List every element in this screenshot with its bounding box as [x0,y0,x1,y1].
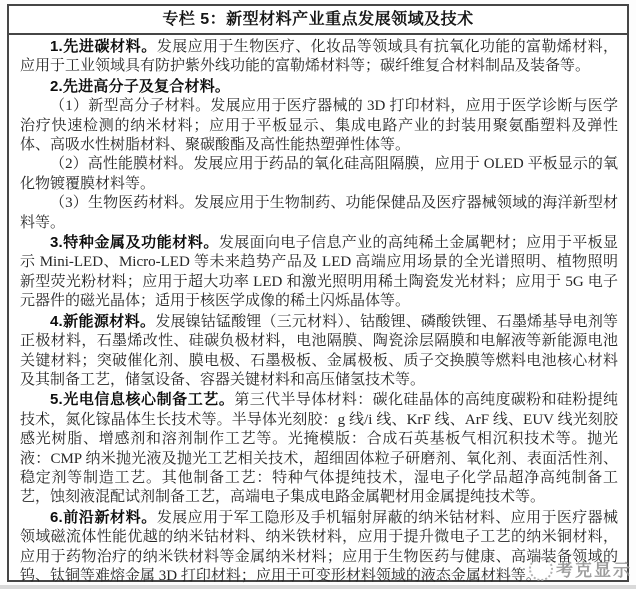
section-polymer-composite-heading: 2.先进高分子及复合材料。 [20,77,618,97]
section-6-heading: 6.前沿新材料。 [50,509,157,526]
section-5-text: 第三代半导体材料：碳化硅晶体的高纯度碳粉和硅粉提纯技术，氮化镓晶体生长技术等。半… [20,392,618,505]
section-special-metals: 3.特种金属及功能材料。发展面向电子信息产业的高纯稀土金属靶材；应用于平板显示 … [20,233,618,312]
subsection-2-2-label: （2）高性能膜材料。 [50,156,193,172]
section-4-heading: 4.新能源材料。 [50,313,155,330]
subsection-2-1-label: （1）新型高分子材料。 [50,98,210,114]
bottom-edge-strip [0,585,636,589]
subsection-biomedical-material: （3）生物医药材料。发展应用于生物制药、功能保健品及医疗器械领域的海洋新型材料等… [20,194,618,233]
section-new-energy-materials: 4.新能源材料。发展镍钴锰酸锂（三元材料）、钴酸锂、磷酸铁锂、石墨烯基导电剂等正… [20,312,618,391]
section-5-heading: 5.光电信息核心制备工艺。 [50,391,234,408]
section-3-heading: 3.特种金属及功能材料。 [50,234,219,251]
column-box: 专栏 5：新型材料产业重点发展领域及技术 1.先进碳材料。发展应用于生物医疗、化… [7,4,629,582]
subsection-high-performance-film: （2）高性能膜材料。发展应用于药品的氧化硅高阻隔膜，应用于 OLED 平板显示的… [20,155,618,194]
document-page: 专栏 5：新型材料产业重点发展领域及技术 1.先进碳材料。发展应用于生物医疗、化… [0,0,636,589]
section-2-heading: 2.先进高分子及复合材料。 [50,78,230,95]
subsection-new-polymer: （1）新型高分子材料。发展应用于医疗器械的 3D 打印材料，应用于医学诊断与医学… [20,97,618,155]
subsection-2-3-label: （3）生物医药材料。 [50,195,194,211]
section-advanced-carbon: 1.先进碳材料。发展应用于生物医疗、化妆品等领域具有抗氧化功能的富勒烯材料，应用… [20,37,618,77]
section-frontier-materials: 6.前沿新材料。发展应用于军工隐形及手机辐射屏蔽的纳米钴材料、应用于医疗器械领域… [20,508,618,587]
box-title: 专栏 5：新型材料产业重点发展领域及技术 [9,6,627,35]
section-optoelectronic-processes: 5.光电信息核心制备工艺。第三代半导体材料：碳化硅晶体的高纯度碳粉和硅粉提纯技术… [20,390,618,507]
section-1-heading: 1.先进碳材料。 [50,38,157,55]
box-body: 1.先进碳材料。发展应用于生物医疗、化妆品等领域具有抗氧化功能的富勒烯材料，应用… [9,35,627,586]
